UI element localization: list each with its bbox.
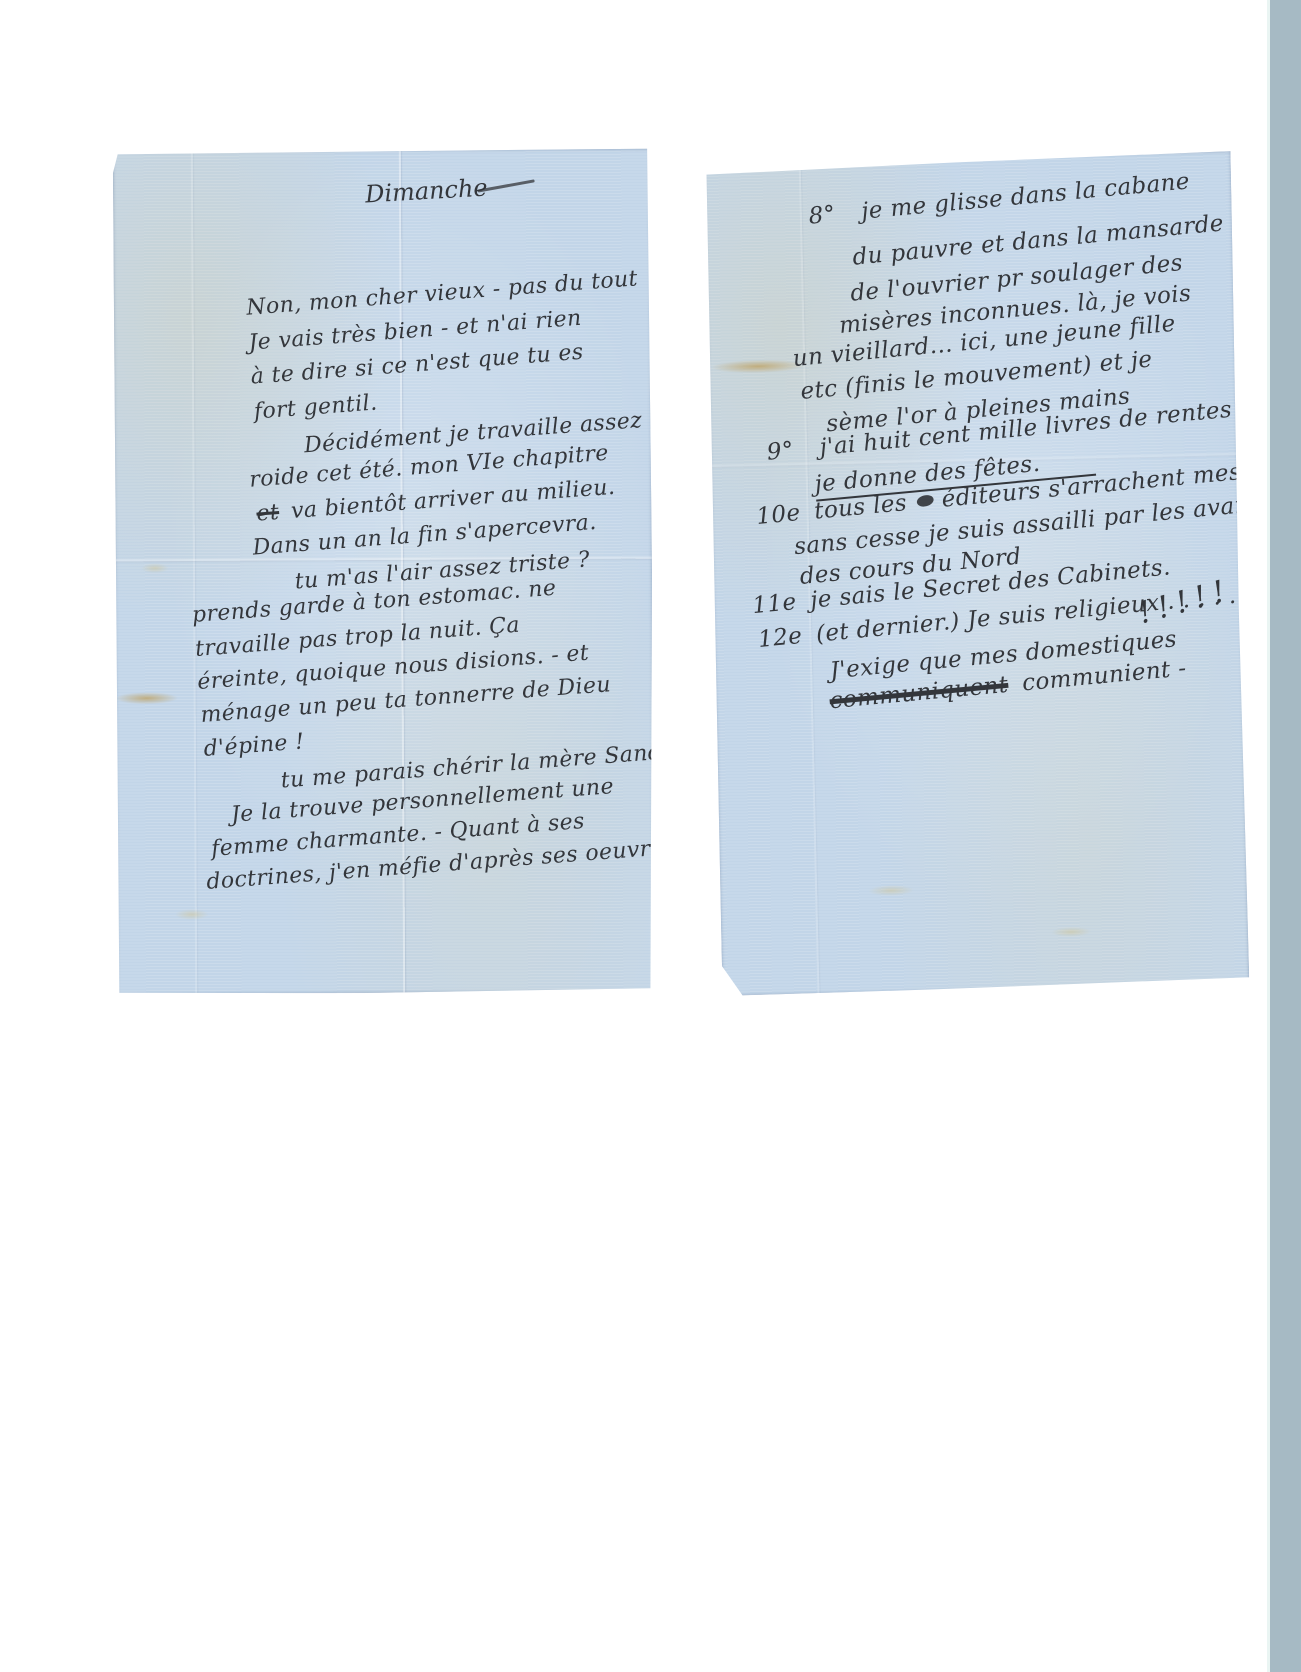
struck-word: et — [256, 500, 280, 527]
paper-stain — [116, 692, 178, 704]
item-number: 12e — [757, 623, 803, 653]
paper-stain — [175, 909, 209, 920]
letter-page-2: 8°je me glisse dans la cabane du pauvre … — [704, 151, 1250, 996]
item-number: 8° — [807, 201, 836, 229]
item-number: 9° — [766, 437, 795, 465]
ink-blot — [916, 493, 935, 508]
line-text: je me glisse dans la cabane — [860, 168, 1191, 224]
letter-page-1: Dimanche Non, mon cher vieux - pas du to… — [113, 149, 654, 995]
item-number: 10e — [755, 500, 801, 530]
paper-stain — [141, 563, 169, 573]
handwriting-line: d'épine ! — [203, 729, 305, 761]
handwriting-line: fort gentil. — [253, 390, 378, 424]
scan-background: Dimanche Non, mon cher vieux - pas du to… — [0, 0, 1301, 1672]
right-accent-bar — [1267, 0, 1301, 1672]
item-number: 11e — [751, 589, 797, 619]
fold-crease — [191, 151, 197, 994]
paper-stain — [868, 884, 914, 896]
paper-stain — [1051, 926, 1091, 937]
paper-stain — [712, 359, 804, 374]
letter-heading: Dimanche — [364, 171, 536, 209]
